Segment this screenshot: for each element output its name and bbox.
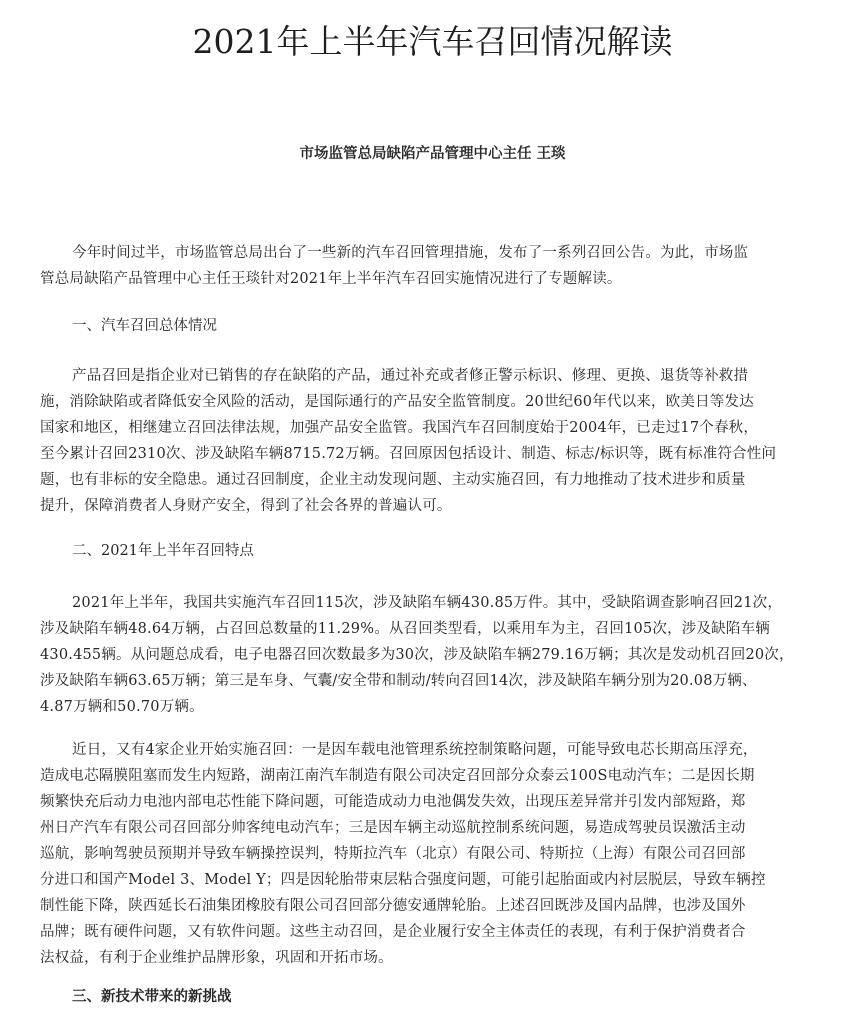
section-2-paragraph-2: 近日，又有4家企业开始实施召回：一是因车载电池管理系统控制策略问题，可能导致电芯…	[40, 737, 830, 971]
paragraph-line: 430.455辆。从问题总成看，电子电器召回次数最多为30次，涉及缺陷车辆279…	[40, 642, 830, 668]
section-heading-3: 三、新技术带来的新挑战	[72, 984, 232, 1010]
paragraph-line: 近日，又有4家企业开始实施召回：一是因车载电池管理系统控制策略问题，可能导致电芯…	[40, 737, 830, 763]
paragraph-line: 2021年上半年，我国共实施汽车召回115次，涉及缺陷车辆430.85万件。其中…	[40, 590, 830, 616]
paragraph-line: 州日产汽车有限公司召回部分帅客纯电动汽车；三是因车辆主动巡航控制系统问题，易造成…	[40, 815, 830, 841]
paragraph-line: 造成电芯隔膜阻塞而发生内短路，湖南江南汽车制造有限公司决定召回部分众泰云100S…	[40, 763, 830, 789]
paragraph-line: 法权益，有利于企业维护品牌形象，巩固和开拓市场。	[40, 945, 830, 971]
paragraph-line: 至今累计召回2310次、涉及缺陷车辆8715.72万辆。召回原因包括设计、制造、…	[40, 441, 830, 467]
paragraph-line: 施，消除缺陷或者降低安全风险的活动，是国际通行的产品安全监管制度。20世纪60年…	[40, 389, 830, 415]
section-1-paragraph: 产品召回是指企业对已销售的存在缺陷的产品，通过补充或者修正警示标识、修理、更换、…	[40, 363, 830, 519]
paragraph-line: 国家和地区，相继建立召回法律法规，加强产品安全监管。我国汽车召回制度始于2004…	[40, 415, 830, 441]
paragraph-line: 提升，保障消费者人身财产安全，得到了社会各界的普遍认可。	[40, 493, 830, 519]
paragraph-line: 涉及缺陷车辆63.65万辆；第三是车身、气囊/安全带和制动/转向召回14次，涉及…	[40, 668, 830, 694]
section-heading-2: 二、2021年上半年召回特点	[72, 538, 254, 564]
paragraph-line: 巡航，影响驾驶员预期并导致车辆操控误判，特斯拉汽车（北京）有限公司、特斯拉（上海…	[40, 841, 830, 867]
paragraph-line: 品牌；既有硬件问题，又有软件问题。这些主动召回，是企业履行安全主体责任的表现，有…	[40, 919, 830, 945]
document-title: 2021年上半年汽车召回情况解读	[0, 18, 865, 66]
intro-paragraph: 今年时间过半，市场监管总局出台了一些新的汽车召回管理措施，发布了一系列召回公告。…	[40, 240, 830, 292]
section-heading-1: 一、汽车召回总体情况	[72, 313, 217, 339]
paragraph-line: 管总局缺陷产品管理中心主任王琰针对2021年上半年汽车召回实施情况进行了专题解读…	[40, 266, 830, 292]
paragraph-line: 涉及缺陷车辆48.64万辆，占召回总数量的11.29%。从召回类型看，以乘用车为…	[40, 616, 830, 642]
section-2-paragraph-1: 2021年上半年，我国共实施汽车召回115次，涉及缺陷车辆430.85万件。其中…	[40, 590, 830, 720]
paragraph-line: 制性能下降，陕西延长石油集团橡胶有限公司召回部分德安通牌轮胎。上述召回既涉及国内…	[40, 893, 830, 919]
paragraph-line: 频繁快充后动力电池内部电芯性能下降问题，可能造成动力电池偶发失效，出现压差异常并…	[40, 789, 830, 815]
paragraph-line: 产品召回是指企业对已销售的存在缺陷的产品，通过补充或者修正警示标识、修理、更换、…	[40, 363, 830, 389]
document-author: 市场监管总局缺陷产品管理中心主任 王琰	[0, 143, 865, 165]
paragraph-line: 题，也有非标的安全隐患。通过召回制度，企业主动发现问题、主动实施召回，有力地推动…	[40, 467, 830, 493]
paragraph-line: 4.87万辆和50.70万辆。	[40, 694, 830, 720]
paragraph-line: 分进口和国产Model 3、Model Y；四是因轮胎带束层粘合强度问题，可能引…	[40, 867, 830, 893]
paragraph-line: 今年时间过半，市场监管总局出台了一些新的汽车召回管理措施，发布了一系列召回公告。…	[40, 240, 830, 266]
